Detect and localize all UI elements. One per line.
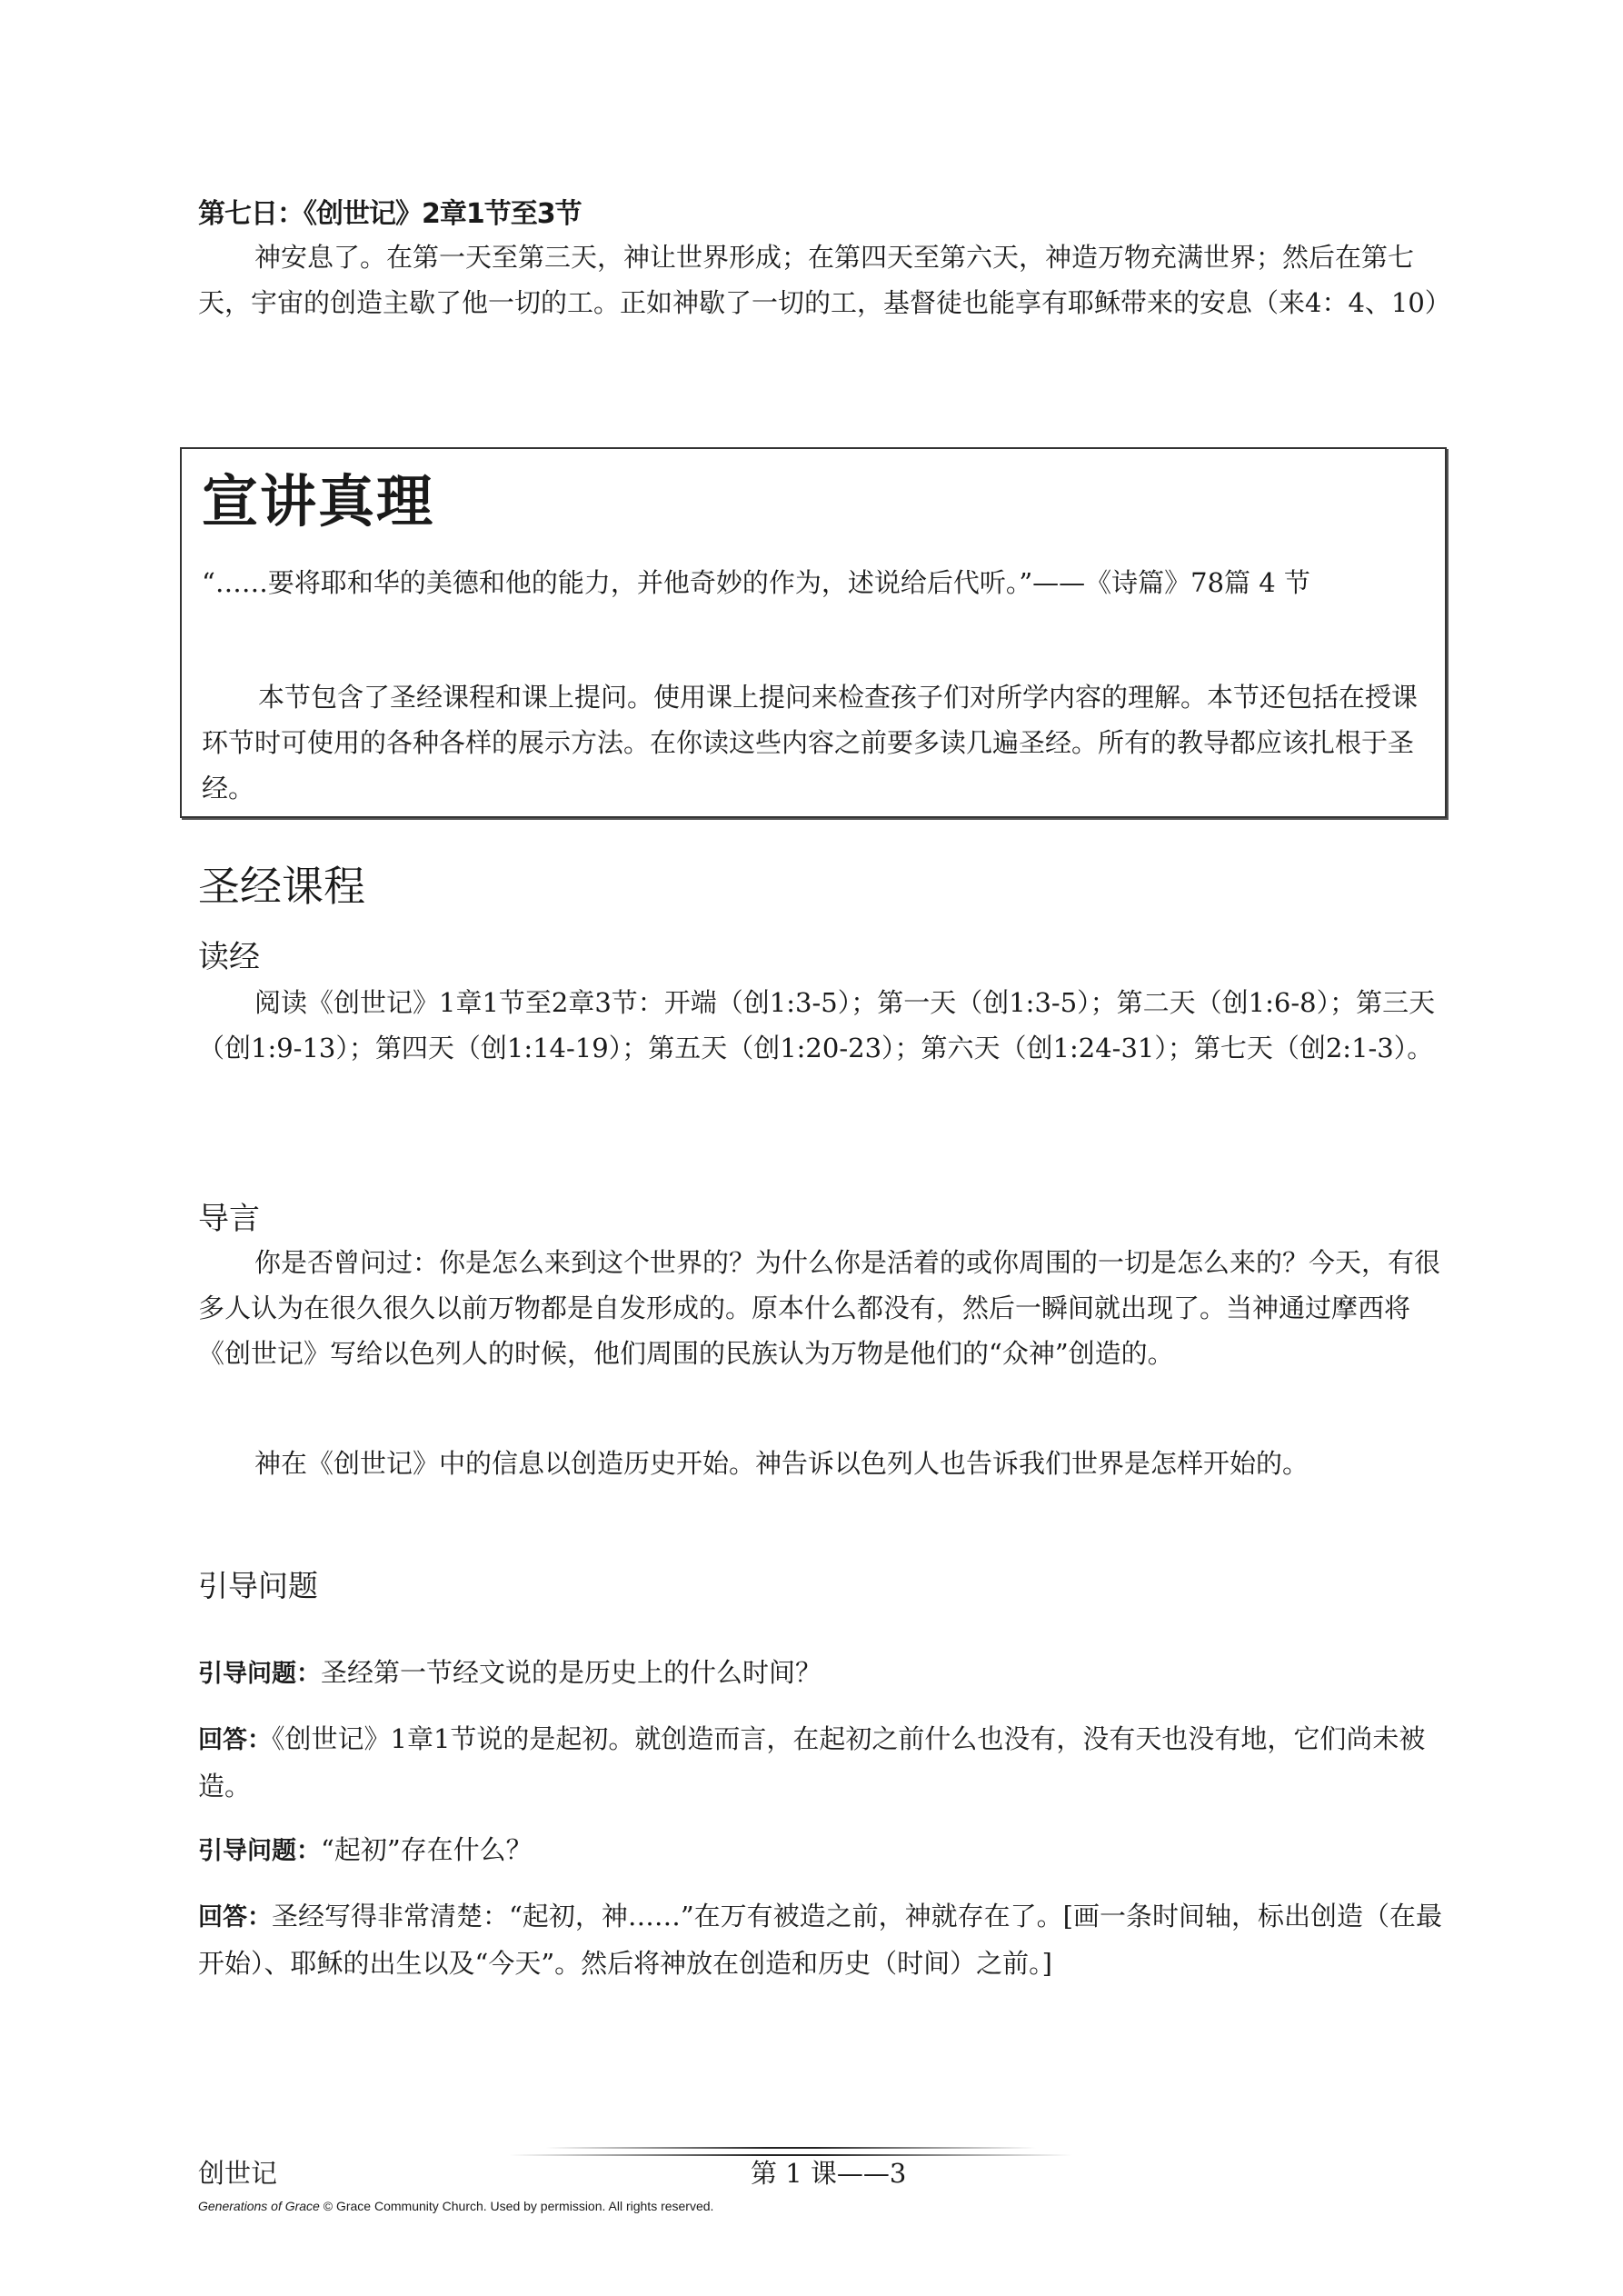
question-label: 引导问题： bbox=[198, 1837, 321, 1865]
copyright-series-title: Generations of Grace bbox=[198, 2199, 320, 2213]
reading-paragraph: 阅读《创世记》1章1节至2章3节：开端（创1:3-5）；第一天（创1:3-5）；… bbox=[198, 980, 1452, 1071]
day7-paragraph: 神安息了。在第一天至第三天，神让世界形成；在第四天至第六天，神造万物充满世界；然… bbox=[198, 235, 1452, 325]
question-text: “起初”存在什么？ bbox=[321, 1834, 533, 1865]
introduction-paragraph-1: 你是否曾问过：你是怎么来到这个世界的？为什么你是活着的或你周围的一切是怎么来的？… bbox=[198, 1240, 1452, 1376]
guiding-questions-heading: 引导问题 bbox=[198, 1565, 318, 1607]
psalm-quote: “……要将耶和华的美德和他的能力，并他奇妙的作为，述说给后代听。”——《诗篇》7… bbox=[202, 560, 1429, 605]
footer-divider-bottom bbox=[509, 2154, 1072, 2156]
answer-text: 圣经写得非常清楚：“起初，神……”在万有被造之前，神就存在了。[画一条时间轴，标… bbox=[198, 1901, 1442, 1979]
guiding-question-2: 引导问题：“起初”存在什么？ bbox=[198, 1827, 1452, 1874]
document-page: 第七日：《创世记》2章1节至3节 神安息了。在第一天至第三天，神让世界形成；在第… bbox=[0, 0, 1623, 2296]
answer-text: 《创世记》1章1节说的是起初。就创造而言，在起初之前什么也没有，没有天也没有地，… bbox=[198, 1723, 1425, 1802]
question-text: 圣经第一节经文说的是历史上的什么时间？ bbox=[321, 1657, 821, 1688]
copyright-text: © Grace Community Church. Used by permis… bbox=[320, 2199, 714, 2213]
proclaim-truth-title: 宣讲真理 bbox=[202, 465, 434, 538]
answer-label: 回答： bbox=[198, 1903, 272, 1932]
reading-heading: 读经 bbox=[198, 936, 260, 978]
section-description: 本节包含了圣经课程和课上提问。使用课上提问来检查孩子们对所学内容的理解。本节还包… bbox=[202, 674, 1429, 811]
question-label: 引导问题： bbox=[198, 1660, 321, 1688]
footer-page-number: 第 1 课——3 bbox=[751, 2158, 906, 2189]
introduction-paragraph-2: 神在《创世记》中的信息以创造历史开始。神告诉以色列人也告诉我们世界是怎样开始的。 bbox=[198, 1441, 1452, 1486]
proclaim-truth-box: 宣讲真理 “……要将耶和华的美德和他的能力，并他奇妙的作为，述说给后代听。”——… bbox=[180, 447, 1447, 818]
copyright-notice: Generations of Grace © Grace Community C… bbox=[198, 2198, 713, 2214]
guiding-question-1: 引导问题：圣经第一节经文说的是历史上的什么时间？ bbox=[198, 1650, 1452, 1697]
answer-2: 回答：圣经写得非常清楚：“起初，神……”在万有被造之前，神就存在了。[画一条时间… bbox=[198, 1893, 1452, 1986]
answer-label: 回答： bbox=[198, 1726, 272, 1754]
footer-book-title: 创世记 bbox=[198, 2158, 277, 2189]
introduction-heading: 导言 bbox=[198, 1198, 260, 1240]
day7-heading: 第七日：《创世记》2章1节至3节 bbox=[198, 195, 582, 235]
bible-lesson-heading: 圣经课程 bbox=[198, 859, 365, 913]
answer-1: 回答：《创世记》1章1节说的是起初。就创造而言，在起初之前什么也没有，没有天也没… bbox=[198, 1716, 1452, 1809]
footer-divider-top bbox=[545, 2147, 1036, 2149]
